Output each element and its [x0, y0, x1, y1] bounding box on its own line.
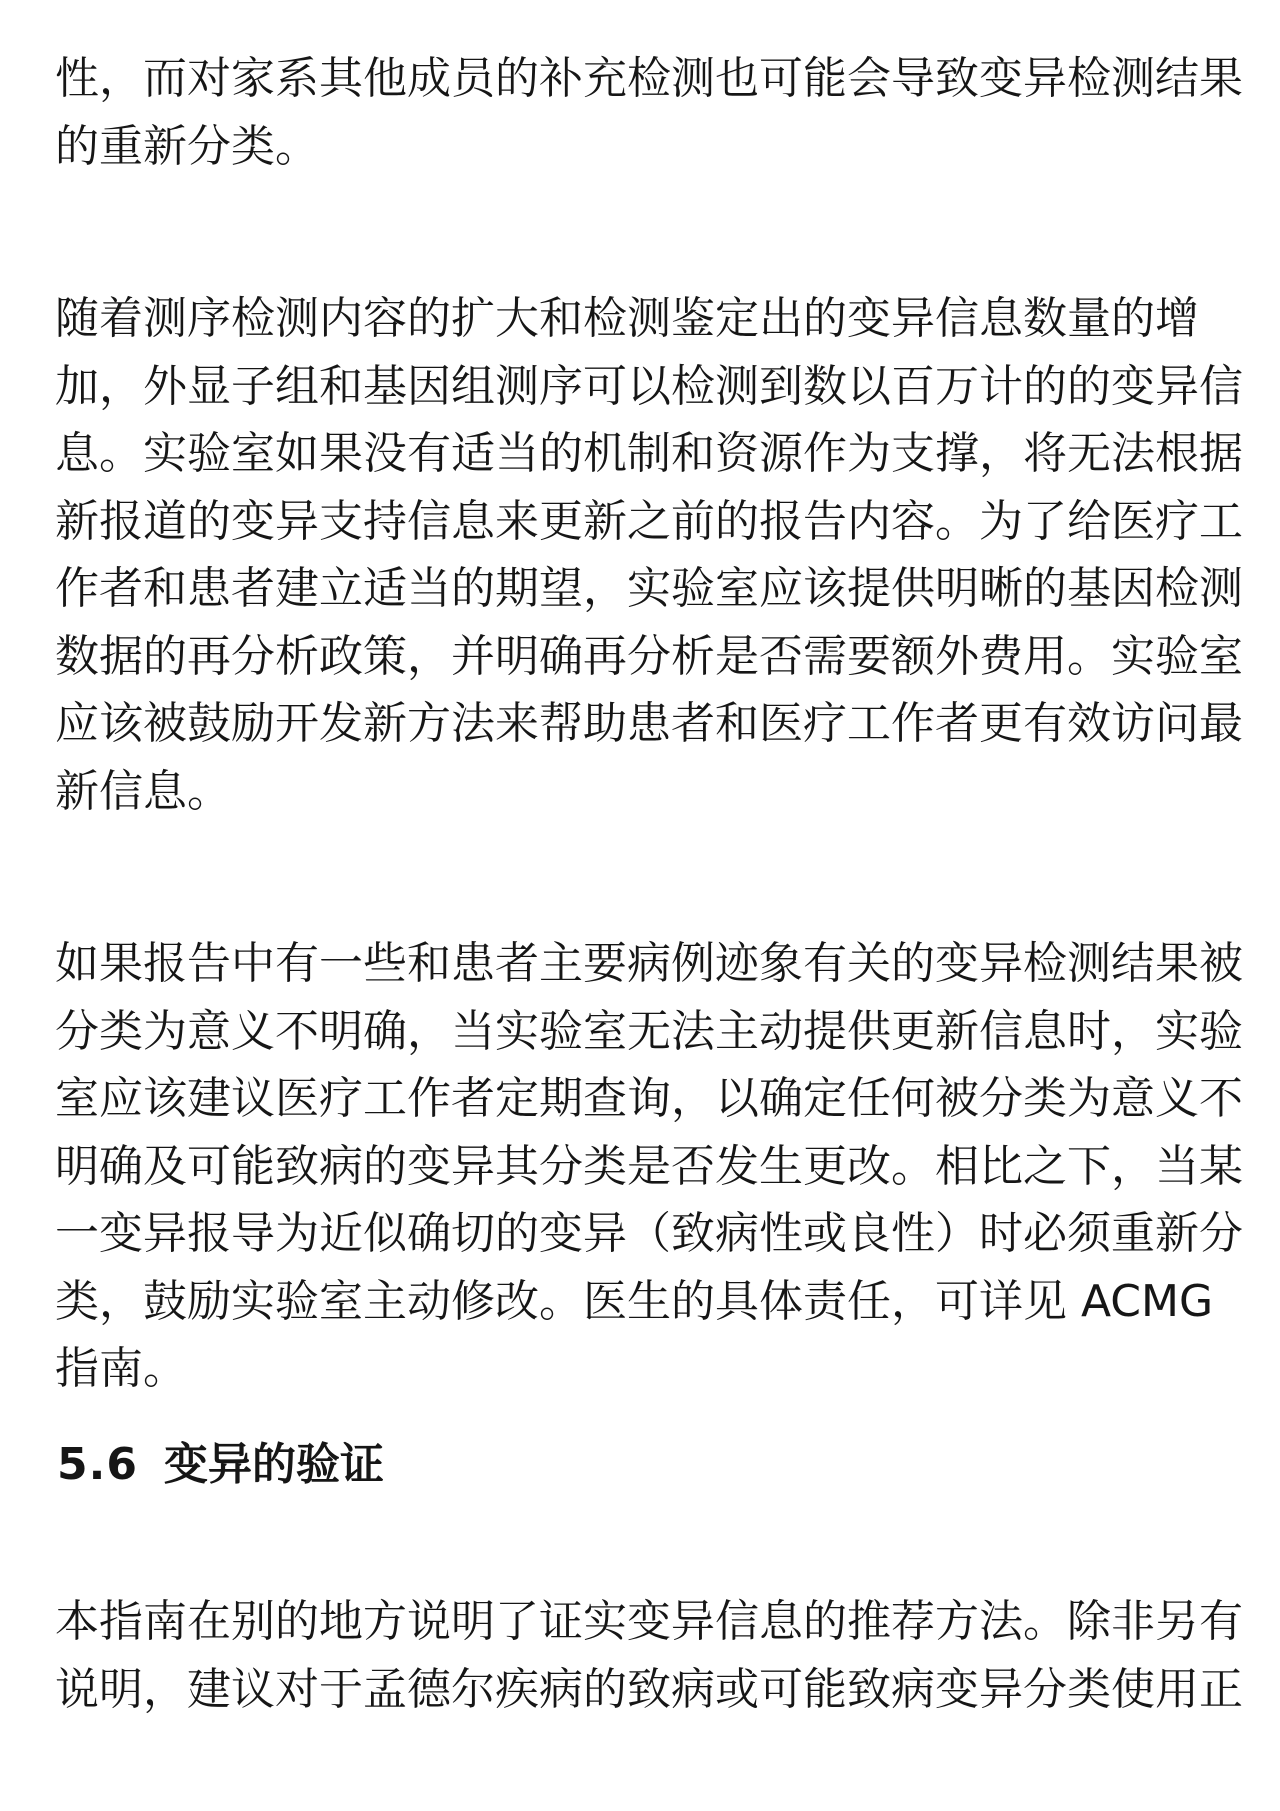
text-line: 一变异报导为近似确切的变异（致病性或良性）时必须重新分	[55, 1200, 1244, 1268]
text-line: 室应该建议医疗工作者定期查询，以确定任何被分类为意义不	[55, 1065, 1244, 1133]
paragraph-vus-periodic-inquiry: 如果报告中有一些和患者主要病例迹象有关的变异检测结果被分类为意义不明确，当实验室…	[55, 930, 1244, 1403]
text-line: 数据的再分析政策，并明确再分析是否需要额外费用。实验室	[55, 623, 1244, 691]
paragraph-variant-confirmation: 本指南在别的地方说明了证实变异信息的推荐方法。除非另有说明，建议对于孟德尔疾病的…	[55, 1588, 1244, 1723]
text-line: 息。实验室如果没有适当的机制和资源作为支撑，将无法根据	[55, 420, 1244, 488]
paragraph-reclassification-tail: 性，而对家系其他成员的补充检测也可能会导致变异检测结果的重新分类。	[55, 45, 1244, 180]
section-number: 5.6	[57, 1431, 138, 1499]
text-line: 分类为意义不明确，当实验室无法主动提供更新信息时，实验	[55, 998, 1244, 1066]
text-line: 作者和患者建立适当的期望，实验室应该提供明晰的基因检测	[55, 555, 1244, 623]
text-line: 新报道的变异支持信息来更新之前的报告内容。为了给医疗工	[55, 488, 1244, 556]
section-title: 变异的验证	[164, 1431, 384, 1499]
text-line: 性，而对家系其他成员的补充检测也可能会导致变异检测结果	[55, 45, 1244, 113]
text-line: 随着测序检测内容的扩大和检测鉴定出的变异信息数量的增	[55, 285, 1244, 353]
document-page: 性，而对家系其他成员的补充检测也可能会导致变异检测结果的重新分类。 随着测序检测…	[0, 0, 1280, 1811]
text-line: 明确及可能致病的变异其分类是否发生更改。相比之下，当某	[55, 1133, 1244, 1201]
paragraph-sequencing-reanalysis-policy: 随着测序检测内容的扩大和检测鉴定出的变异信息数量的增加，外显子组和基因组测序可以…	[55, 285, 1244, 825]
section-heading: 5.6 变异的验证	[57, 1431, 1244, 1499]
text-line: 新信息。	[55, 758, 1244, 826]
text-line: 的重新分类。	[55, 113, 1244, 181]
text-line: 说明，建议对于孟德尔疾病的致病或可能致病变异分类使用正	[55, 1656, 1244, 1724]
text-line: 应该被鼓励开发新方法来帮助患者和医疗工作者更有效访问最	[55, 690, 1244, 758]
text-line: 类，鼓励实验室主动修改。医生的具体责任，可详见 ACMG	[55, 1268, 1244, 1336]
text-line: 如果报告中有一些和患者主要病例迹象有关的变异检测结果被	[55, 930, 1244, 998]
text-line: 加，外显子组和基因组测序可以检测到数以百万计的的变异信	[55, 353, 1244, 421]
text-line: 本指南在别的地方说明了证实变异信息的推荐方法。除非另有	[55, 1588, 1244, 1656]
text-line: 指南。	[55, 1335, 1244, 1403]
